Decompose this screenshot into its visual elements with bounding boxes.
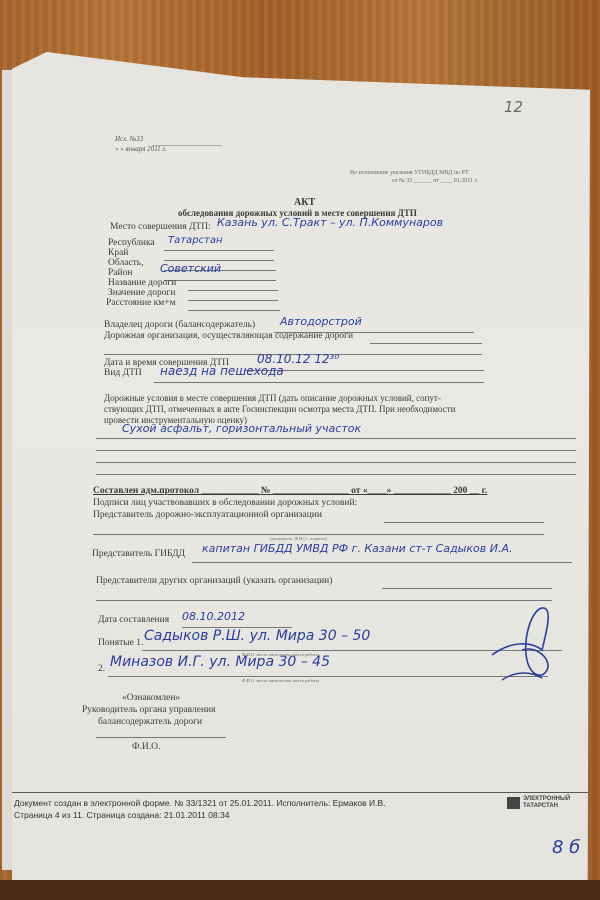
raion-label: Район xyxy=(108,268,132,278)
republic-label: Республика xyxy=(108,238,155,248)
conditions-line-1 xyxy=(96,438,576,439)
republic-value: Татарстан xyxy=(168,235,223,246)
owner-value: Автодорстрой xyxy=(280,315,362,328)
signature-scribble xyxy=(482,600,562,690)
document-sheet: 12 Исх. №33 « » января 2011 г. Во исполн… xyxy=(12,52,590,892)
distance-label: Расстояние км+м xyxy=(106,298,176,308)
accident-type-label: Вид ДТП xyxy=(104,368,142,378)
road-org-rep-underline xyxy=(384,522,544,523)
road-name-label: Название дороги xyxy=(108,278,176,288)
road-balance-holder: балансодержатель дороги xyxy=(98,717,202,727)
road-value-underline xyxy=(188,300,278,301)
gibdd-rep-value: капитан ГИБДД УМВД РФ г. Казани ст-т Сад… xyxy=(202,542,512,555)
distance-underline xyxy=(188,310,280,311)
place-label: Место совершения ДТП: xyxy=(110,222,211,232)
accident-type-underline xyxy=(154,382,484,383)
witness-1-value: Садыков Р.Ш. ул. Мира 30 – 50 xyxy=(144,628,370,644)
logo-line-1: ЭЛЕКТРОННЫЙ xyxy=(523,796,570,803)
place-value: Казань ул. С.Тракт – ул. П.Коммунаров xyxy=(217,216,443,229)
fio-underline xyxy=(96,737,226,738)
raion-value: Советский xyxy=(160,262,221,275)
page-number-mark-top: 12 xyxy=(504,98,523,116)
witness-2-value: Миназов И.Г. ул. Мира 30 – 45 xyxy=(110,654,330,670)
logo-line-2: ТАТАРСТАН xyxy=(523,803,570,810)
conditions-line-2 xyxy=(96,450,576,451)
date-compiled-label: Дата составления xyxy=(98,615,169,625)
conditions-line-4 xyxy=(96,474,576,475)
road-org-underline xyxy=(370,343,482,344)
page-number-mark-bottom: 8 б xyxy=(552,837,580,858)
road-name-underline xyxy=(188,290,278,291)
ref-date: « » января 2011 г. xyxy=(115,145,167,153)
head-of-road-authority: Руководитель органа управления xyxy=(82,705,216,715)
directive-line-2: от № 33 ______ от ____ 01.2011 г. xyxy=(392,178,478,184)
ref-number: Исх. №33 xyxy=(115,135,143,143)
owner-label: Владелец дороги (балансодержатель) xyxy=(104,320,255,330)
witness-2-label: 2. xyxy=(98,664,105,674)
road-org-label: Дорожная организация, осуществляющая сод… xyxy=(104,331,353,341)
document-title: АКТ xyxy=(294,197,315,208)
logo-icon xyxy=(507,797,520,809)
other-orgs-label: Представители других организаций (указат… xyxy=(96,576,332,586)
oblast-label: Область, xyxy=(108,258,144,268)
electronic-tatarstan-logo: ЭЛЕКТРОННЫЙ ТАТАРСТАН xyxy=(507,796,570,810)
footer-line-1: Документ создан в электронной форме. № 3… xyxy=(14,798,386,808)
signatures-heading: Подписи лиц участвовавших в обследовании… xyxy=(93,498,357,508)
footer-line-2: Страница 4 из 11. Страница создана: 21.0… xyxy=(14,810,229,820)
road-org-rep-underline-2 xyxy=(93,534,544,535)
desk-shadow xyxy=(0,880,600,900)
conditions-line-3 xyxy=(96,462,576,463)
krai-underline xyxy=(164,260,274,261)
krai-label: Край xyxy=(108,248,128,258)
witness-2-hint: Ф.И.О. место жительства, место работы xyxy=(242,678,319,683)
road-value-label: Значение дороги xyxy=(108,288,176,298)
road-org-rep-label: Представитель дорожно-эксплуатационной о… xyxy=(93,510,322,520)
other-orgs-underline xyxy=(382,588,552,589)
logo-text: ЭЛЕКТРОННЫЙ ТАТАРСТАН xyxy=(523,796,570,810)
republic-underline xyxy=(164,250,274,251)
admin-protocol-line: Составлен адм.протокол ____________ № __… xyxy=(93,486,487,496)
fio-label: Ф.И.О. xyxy=(132,742,160,752)
footer-divider xyxy=(12,792,590,793)
conditions-value: Сухой асфальт, горизонтальный участок xyxy=(122,422,361,435)
gibdd-rep-underline xyxy=(192,562,572,563)
accident-type-value: наезд на пешехода xyxy=(160,364,284,378)
position-hint: (должность, Ф.И.О., подпись) xyxy=(270,536,327,541)
conditions-label-2: ствующих ДТП, отмеченных в акте Госинспе… xyxy=(104,404,456,414)
directive-line-1: Во исполнение указания УГИБДД МВД по РТ xyxy=(350,170,469,176)
witness-1-label: Понятые 1. xyxy=(98,638,143,648)
date-compiled-value: 08.10.2012 xyxy=(182,610,245,623)
conditions-label-1: Дорожные условия в месте совершения ДТП … xyxy=(104,393,441,403)
acknowledged-mark: «Ознакомлен» xyxy=(122,693,180,703)
raion-underline xyxy=(164,280,276,281)
gibdd-rep-label: Представитель ГИБДД xyxy=(92,549,185,559)
